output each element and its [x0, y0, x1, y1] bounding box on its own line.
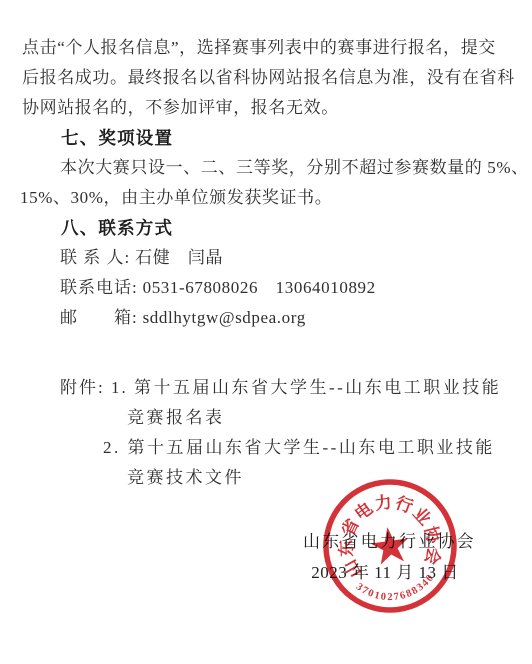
contact-person-row: 联 系 人: 石健 闫晶 [20, 243, 512, 273]
contact-email-label: 邮 箱: [60, 308, 138, 327]
official-seal-stamp: 山东省电力行业协会 3701027688340 [298, 454, 482, 638]
attachment-1-line-2: 竞赛报名表 [20, 403, 512, 433]
attachments-label: 附件: [60, 378, 105, 397]
contact-phone-row: 联系电话: 0531-67808026 13064010892 [20, 273, 512, 303]
document-body: 点击“个人报名信息”，选择赛事列表中的赛事进行报名，提交 后报名成功。最终报名以… [20, 33, 512, 493]
intro-paragraph-line-3: 协网站报名的，不参加评审，报名无效。 [20, 93, 512, 123]
seal-star-icon [369, 525, 412, 566]
awards-paragraph-line-1: 本次大赛只设一、二、三等奖，分别不超过参赛数量的 5%、 [20, 153, 512, 183]
attachment-2-number: 2. [103, 438, 121, 457]
attachment-1-title: 第十五届山东省大学生--山东电工职业技能 [134, 378, 501, 397]
intro-paragraph-line-2: 后报名成功。最终报名以省科协网站报名信息为准，没有在省科 [20, 63, 512, 93]
contact-section-heading: 八、联系方式 [20, 213, 512, 243]
intro-paragraph-line-1: 点击“个人报名信息”，选择赛事列表中的赛事进行报名，提交 [20, 33, 512, 63]
contact-person-value: 石健 闫晶 [135, 248, 223, 267]
contact-phone-value: 0531-67808026 13064010892 [143, 278, 376, 297]
attachment-1-number: 1. [111, 378, 128, 397]
attachment-1-line-1: 附件: 1. 第十五届山东省大学生--山东电工职业技能 [20, 373, 512, 403]
contact-email-row: 邮 箱: sddlhytgw@sdpea.org [20, 303, 512, 333]
awards-section-heading: 七、奖项设置 [20, 123, 512, 153]
contact-email-value: sddlhytgw@sdpea.org [143, 308, 306, 327]
contact-person-label: 联 系 人: [60, 248, 130, 267]
contact-phone-label: 联系电话: [60, 278, 138, 297]
awards-paragraph-line-2: 15%、30%，由主办单位颁发获奖证书。 [20, 183, 512, 213]
document-page: 点击“个人报名信息”，选择赛事列表中的赛事进行报名，提交 后报名成功。最终报名以… [0, 0, 532, 664]
